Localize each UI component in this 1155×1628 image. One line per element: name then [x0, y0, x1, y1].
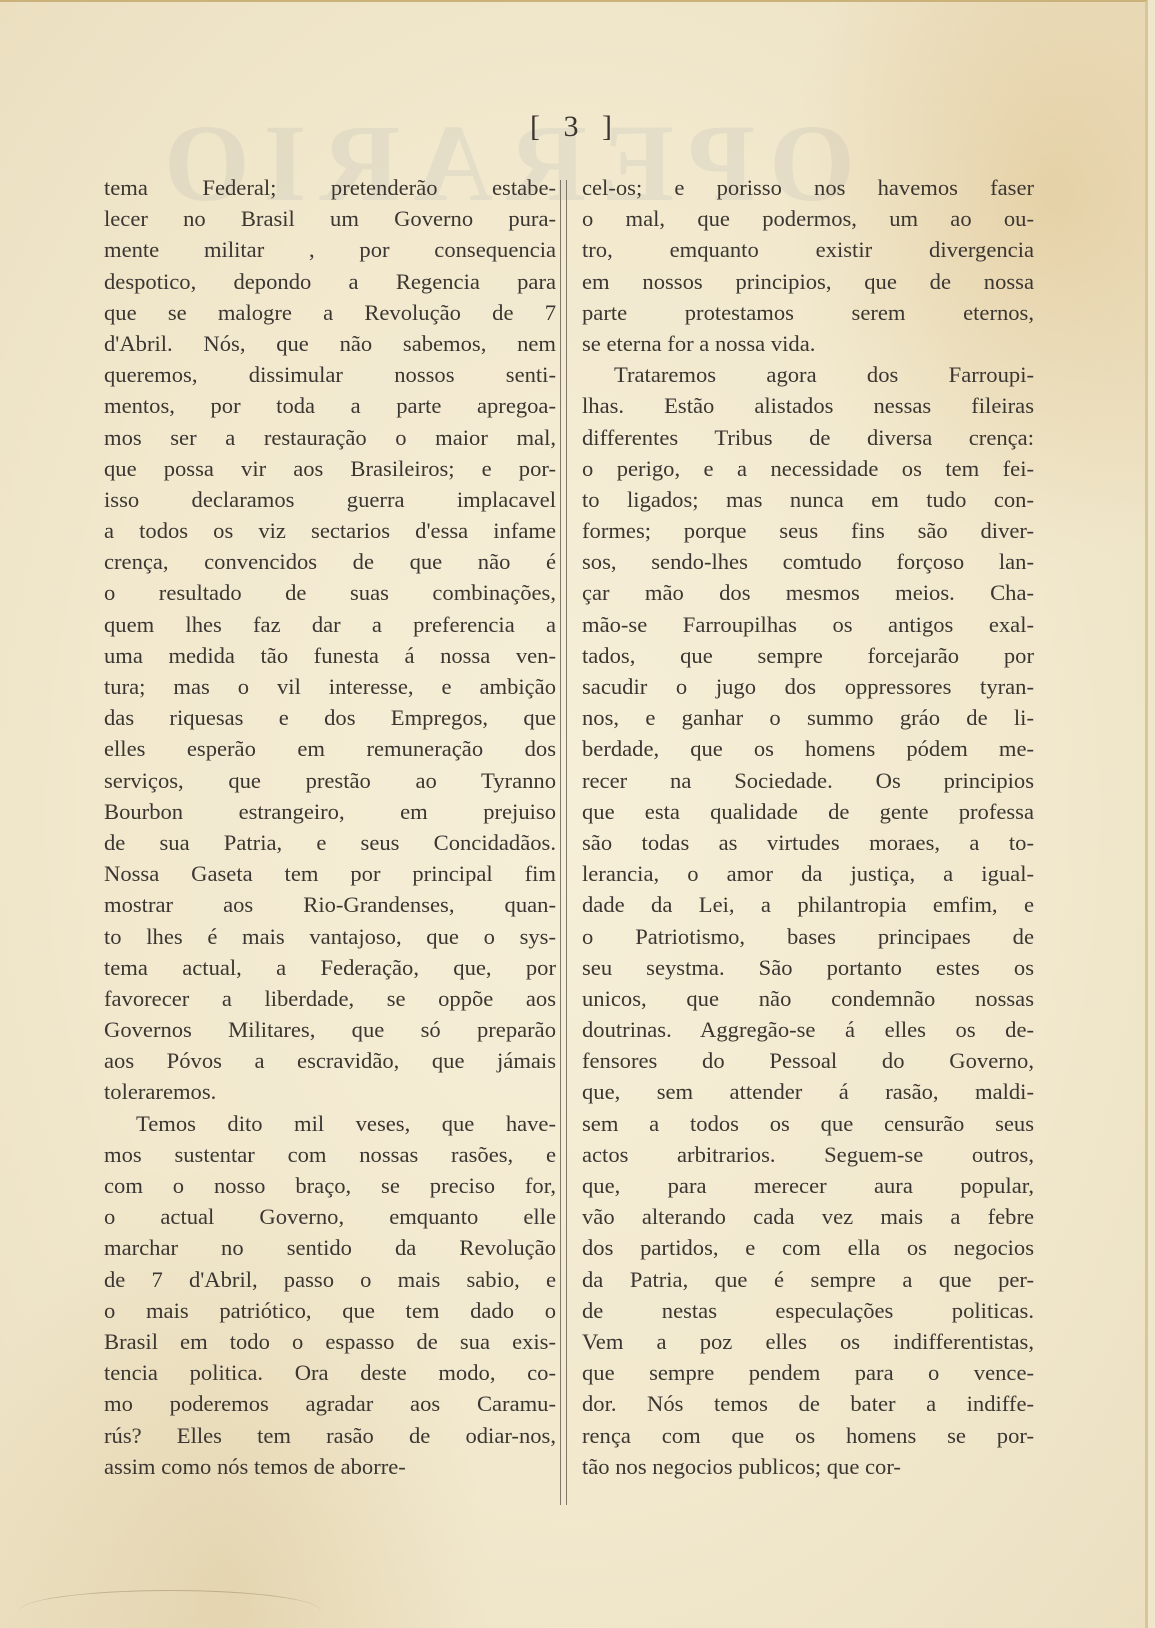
text-line: tencia politica. Ora deste modo, co-	[104, 1357, 556, 1388]
text-line: to lhes é mais vantajoso, que o sys-	[104, 921, 556, 952]
text-line: com o nosso braço, se preciso for,	[104, 1170, 556, 1201]
text-line: o actual Governo, emquanto elle	[104, 1201, 556, 1232]
text-line: Governos Militares, que só preparão	[104, 1014, 556, 1045]
text-line: tro, emquanto existir divergencia	[582, 234, 1034, 265]
text-line: das riquesas e dos Empregos, que	[104, 702, 556, 733]
text-line: doutrinas. Aggregão-se á elles os de-	[582, 1014, 1034, 1045]
text-line: isso declaramos guerra implacavel	[104, 484, 556, 515]
text-line: aos Póvos a escravidão, que jámais	[104, 1045, 556, 1076]
text-line: elles esperão em remuneração dos	[104, 733, 556, 764]
text-line: seu seystma. São portanto estes os	[582, 952, 1034, 983]
text-line: mão-se Farroupilhas os antigos exal-	[582, 609, 1034, 640]
text-line: Temos dito mil veses, que have-	[104, 1108, 556, 1139]
text-line: uma medida tão funesta á nossa ven-	[104, 640, 556, 671]
text-line: lerancia, o amor da justiça, a igual-	[582, 858, 1034, 889]
text-line: rença com que os homens se por-	[582, 1420, 1034, 1451]
text-line: tão nos negocios publicos; que cor-	[582, 1451, 1034, 1482]
text-line: tados, que sempre forcejarão por	[582, 640, 1034, 671]
text-line: o resultado de suas combinações,	[104, 577, 556, 608]
text-line: mostrar aos Rio-Grandenses, quan-	[104, 889, 556, 920]
text-line: serviços, que prestão ao Tyranno	[104, 765, 556, 796]
text-line: em nossos principios, que de nossa	[582, 266, 1034, 297]
text-line: queremos, dissimular nossos senti-	[104, 359, 556, 390]
text-line: sos, sendo-lhes comtudo forçoso lan-	[582, 546, 1034, 577]
right-column: cel-os; e porisso nos havemos fasero mal…	[582, 172, 1034, 1482]
text-line: tura; mas o vil interesse, e ambição	[104, 671, 556, 702]
text-line: a todos os viz sectarios d'essa infame	[104, 515, 556, 546]
text-line: o Patriotismo, bases principaes de	[582, 921, 1034, 952]
text-line: vão alterando cada vez mais a febre	[582, 1201, 1034, 1232]
text-line: lhas. Estão alistados nessas fileiras	[582, 390, 1034, 421]
paper-crease	[20, 1590, 320, 1628]
text-line: mo poderemos agradar aos Caramu-	[104, 1388, 556, 1419]
text-line: lecer no Brasil um Governo pura-	[104, 203, 556, 234]
text-line: mente militar , por consequencia	[104, 234, 556, 265]
text-line: crença, convencidos de que não é	[104, 546, 556, 577]
text-line: actos arbitrarios. Seguem-se outros,	[582, 1139, 1034, 1170]
text-line: sem a todos os que censurão seus	[582, 1108, 1034, 1139]
text-line: Vem a poz elles os indifferentistas,	[582, 1326, 1034, 1357]
text-line: quem lhes faz dar a preferencia a	[104, 609, 556, 640]
text-line: despotico, depondo a Regencia para	[104, 266, 556, 297]
text-line: o mais patriótico, que tem dado o	[104, 1295, 556, 1326]
text-line: de sua Patria, e seus Concidadãos.	[104, 827, 556, 858]
text-line: de nestas especulações politicas.	[582, 1295, 1034, 1326]
text-line: que sempre pendem para o vence-	[582, 1357, 1034, 1388]
text-line: que, sem attender á rasão, maldi-	[582, 1076, 1034, 1107]
text-line: unicos, que não condemnão nossas	[582, 983, 1034, 1014]
text-line: Brasil em todo o espasso de sua exis-	[104, 1326, 556, 1357]
text-line: que, para merecer aura popular,	[582, 1170, 1034, 1201]
text-line: Trataremos agora dos Farroupi-	[582, 359, 1034, 390]
text-line: Bourbon estrangeiro, em prejuiso	[104, 796, 556, 827]
text-line: cel-os; e porisso nos havemos faser	[582, 172, 1034, 203]
text-line: favorecer a liberdade, se oppõe aos	[104, 983, 556, 1014]
text-line: çar mão dos mesmos meios. Cha-	[582, 577, 1034, 608]
left-column: tema Federal; pretenderão estabe-lecer n…	[104, 172, 556, 1482]
text-line: nos, e ganhar o summo gráo de li-	[582, 702, 1034, 733]
text-line: mos sustentar com nossas rasões, e	[104, 1139, 556, 1170]
text-line: sacudir o jugo dos oppressores tyran-	[582, 671, 1034, 702]
text-line: recer na Sociedade. Os principios	[582, 765, 1034, 796]
text-line: dos partidos, e com ella os negocios	[582, 1232, 1034, 1263]
text-line: dor. Nós temos de bater a indiffe-	[582, 1388, 1034, 1419]
text-line: parte protestamos serem eternos,	[582, 297, 1034, 328]
text-line: to ligados; mas nunca em tudo con-	[582, 484, 1034, 515]
text-line: mos ser a restauração o maior mal,	[104, 422, 556, 453]
text-line: da Patria, que é sempre a que per-	[582, 1264, 1034, 1295]
text-line: differentes Tribus de diversa crença:	[582, 422, 1034, 453]
text-line: assim como nós temos de aborre-	[104, 1451, 556, 1482]
text-line: que esta qualidade de gente professa	[582, 796, 1034, 827]
text-line: formes; porque seus fins são diver-	[582, 515, 1034, 546]
text-line: d'Abril. Nós, que não sabemos, nem	[104, 328, 556, 359]
text-line: rús? Elles tem rasão de odiar-nos,	[104, 1420, 556, 1451]
page-number: [ 3 ]	[530, 110, 620, 144]
text-line: o mal, que podermos, um ao ou-	[582, 203, 1034, 234]
text-line: dade da Lei, a philantropia emfim, e	[582, 889, 1034, 920]
text-line: tema Federal; pretenderão estabe-	[104, 172, 556, 203]
text-line: berdade, que os homens pódem me-	[582, 733, 1034, 764]
text-line: toleraremos.	[104, 1076, 556, 1107]
text-line: o perigo, e a necessidade os tem fei-	[582, 453, 1034, 484]
text-line: Nossa Gaseta tem por principal fim	[104, 858, 556, 889]
text-line: marchar no sentido da Revolução	[104, 1232, 556, 1263]
column-divider-rule	[560, 180, 567, 1505]
text-line: de 7 d'Abril, passo o mais sabio, e	[104, 1264, 556, 1295]
text-line: se eterna for a nossa vida.	[582, 328, 1034, 359]
text-line: são todas as virtudes moraes, a to-	[582, 827, 1034, 858]
text-line: mentos, por toda a parte apregoa-	[104, 390, 556, 421]
text-line: fensores do Pessoal do Governo,	[582, 1045, 1034, 1076]
text-line: que possa vir aos Brasileiros; e por-	[104, 453, 556, 484]
text-line: tema actual, a Federação, que, por	[104, 952, 556, 983]
text-line: que se malogre a Revolução de 7	[104, 297, 556, 328]
